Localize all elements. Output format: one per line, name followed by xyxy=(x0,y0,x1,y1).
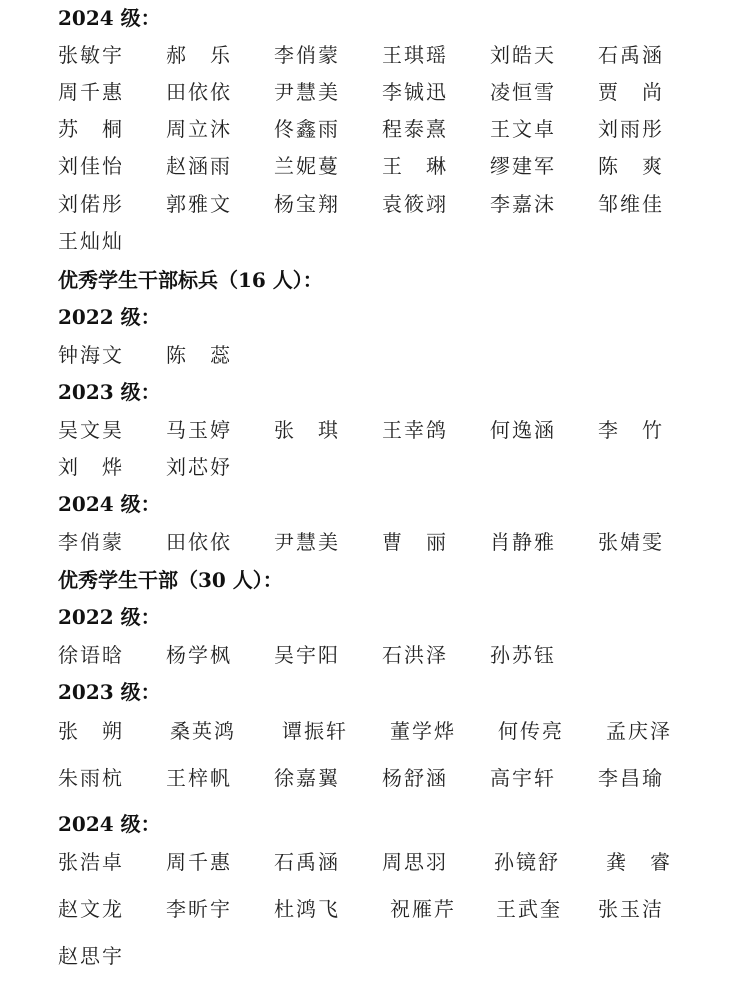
name-row: 苏 桐周立沐佟鑫雨程泰熹王文卓刘雨彤 xyxy=(58,114,718,144)
section-heading: 2024 级： xyxy=(58,809,161,839)
student-name: 田依依 xyxy=(166,527,274,557)
student-name: 孙苏钰 xyxy=(490,640,598,670)
student-name: 赵文龙 xyxy=(58,894,166,924)
student-name: 凌恒雪 xyxy=(490,77,598,107)
student-name: 佟鑫雨 xyxy=(274,114,382,144)
section-heading: 2022 级： xyxy=(58,302,161,332)
section-heading: 优秀学生干部（30 人）： xyxy=(58,565,283,595)
name-row: 周千惠田依依尹慧美李铖迅凌恒雪贾 尚 xyxy=(58,77,718,107)
student-name: 刘 烨 xyxy=(58,452,166,482)
section-heading: 优秀学生干部标兵（16 人）： xyxy=(58,265,323,295)
student-name: 何逸涵 xyxy=(490,415,598,445)
student-name: 邹维佳 xyxy=(598,189,706,219)
student-name: 何传亮 xyxy=(498,716,606,746)
student-name: 赵涵雨 xyxy=(166,151,274,181)
student-name: 程泰熹 xyxy=(382,114,490,144)
name-row: 张 朔桑英鸿谭振轩董学烨何传亮孟庆泽 xyxy=(58,716,718,746)
student-name: 张玉洁 xyxy=(598,894,706,924)
student-name: 祝雁芹 xyxy=(390,894,498,924)
student-name: 刘偌彤 xyxy=(58,189,166,219)
student-name: 刘佳怡 xyxy=(58,151,166,181)
student-name: 周立沐 xyxy=(166,114,274,144)
student-name: 袁筱翊 xyxy=(382,189,490,219)
student-name: 钟海文 xyxy=(58,340,166,370)
student-name: 尹慧美 xyxy=(274,527,382,557)
student-name: 马玉婷 xyxy=(166,415,274,445)
student-name: 张浩卓 xyxy=(58,847,166,877)
student-name: 肖静雅 xyxy=(490,527,598,557)
student-name: 石禹涵 xyxy=(274,847,382,877)
student-name: 王武奎 xyxy=(496,894,604,924)
student-name: 李昌瑜 xyxy=(598,763,706,793)
student-name: 陈 爽 xyxy=(598,151,706,181)
student-name: 龚 睿 xyxy=(606,847,714,877)
student-name: 朱雨杭 xyxy=(58,763,166,793)
student-name: 孙镜舒 xyxy=(494,847,602,877)
student-name: 董学烨 xyxy=(390,716,498,746)
student-name: 曹 丽 xyxy=(382,527,490,557)
student-name: 杨宝翔 xyxy=(274,189,382,219)
student-name: 徐语晗 xyxy=(58,640,166,670)
student-name: 谭振轩 xyxy=(282,716,390,746)
student-name: 杜鸿飞 xyxy=(274,894,382,924)
name-row: 赵思宇 xyxy=(58,941,718,971)
student-name: 张 朔 xyxy=(58,716,166,746)
student-name: 石洪泽 xyxy=(382,640,490,670)
name-row: 张敏宇郝 乐李俏蒙王琪瑶刘皓天石禹涵 xyxy=(58,40,718,70)
student-name: 王文卓 xyxy=(490,114,598,144)
name-row: 吴文昊马玉婷张 琪王幸鸽何逸涵李 竹 xyxy=(58,415,718,445)
student-name: 张敏宇 xyxy=(58,40,166,70)
student-name: 杨舒涵 xyxy=(382,763,490,793)
student-name: 刘雨彤 xyxy=(598,114,706,144)
section-heading: 2022 级： xyxy=(58,602,161,632)
student-name: 王灿灿 xyxy=(58,226,166,256)
student-name: 刘芯妤 xyxy=(166,452,274,482)
section-heading: 2023 级： xyxy=(58,677,161,707)
student-name: 徐嘉翼 xyxy=(274,763,382,793)
student-name: 苏 桐 xyxy=(58,114,166,144)
student-name: 周思羽 xyxy=(382,847,490,877)
student-name: 吴文昊 xyxy=(58,415,166,445)
name-row: 朱雨杭王梓帆徐嘉翼杨舒涵高宇轩李昌瑜 xyxy=(58,763,718,793)
student-name: 王 琳 xyxy=(382,151,490,181)
student-name: 缪建军 xyxy=(490,151,598,181)
student-name: 兰妮蔓 xyxy=(274,151,382,181)
name-row: 徐语晗杨学枫吴宇阳石洪泽孙苏钰 xyxy=(58,640,718,670)
section-heading: 2024 级： xyxy=(58,489,161,519)
student-name: 高宇轩 xyxy=(490,763,598,793)
student-name: 刘皓天 xyxy=(490,40,598,70)
name-row: 钟海文陈 蕊 xyxy=(58,340,718,370)
name-row: 赵文龙李昕宇杜鸿飞祝雁芹王武奎张玉洁 xyxy=(58,894,718,924)
student-name: 杨学枫 xyxy=(166,640,274,670)
name-row: 刘佳怡赵涵雨兰妮蔓王 琳缪建军陈 爽 xyxy=(58,151,718,181)
student-name: 石禹涵 xyxy=(598,40,706,70)
student-name: 王琪瑶 xyxy=(382,40,490,70)
student-name: 郭雅文 xyxy=(166,189,274,219)
student-name: 田依依 xyxy=(166,77,274,107)
name-row: 李俏蒙田依依尹慧美曹 丽肖静雅张婧雯 xyxy=(58,527,718,557)
student-name: 李 竹 xyxy=(598,415,706,445)
name-row: 张浩卓周千惠石禹涵周思羽孙镜舒龚 睿 xyxy=(58,847,718,877)
name-row: 刘偌彤郭雅文杨宝翔袁筱翊李嘉沫邹维佳 xyxy=(58,189,718,219)
student-name: 王梓帆 xyxy=(166,763,274,793)
section-heading: 2023 级： xyxy=(58,377,161,407)
student-name: 吴宇阳 xyxy=(274,640,382,670)
student-name: 周千惠 xyxy=(166,847,274,877)
student-name: 张婧雯 xyxy=(598,527,706,557)
student-name: 王幸鸽 xyxy=(382,415,490,445)
student-name: 尹慧美 xyxy=(274,77,382,107)
name-row: 王灿灿 xyxy=(58,226,718,256)
student-name: 周千惠 xyxy=(58,77,166,107)
student-name: 陈 蕊 xyxy=(166,340,274,370)
student-name: 赵思宇 xyxy=(58,941,166,971)
student-name: 李铖迅 xyxy=(382,77,490,107)
student-name: 李俏蒙 xyxy=(58,527,166,557)
student-name: 李嘉沫 xyxy=(490,189,598,219)
student-name: 张 琪 xyxy=(274,415,382,445)
student-name: 贾 尚 xyxy=(598,77,706,107)
student-name: 李昕宇 xyxy=(166,894,274,924)
student-name: 李俏蒙 xyxy=(274,40,382,70)
student-name: 郝 乐 xyxy=(166,40,274,70)
name-row: 刘 烨刘芯妤 xyxy=(58,452,718,482)
section-heading: 2024 级： xyxy=(58,3,161,33)
student-name: 孟庆泽 xyxy=(606,716,714,746)
student-name: 桑英鸿 xyxy=(170,716,278,746)
